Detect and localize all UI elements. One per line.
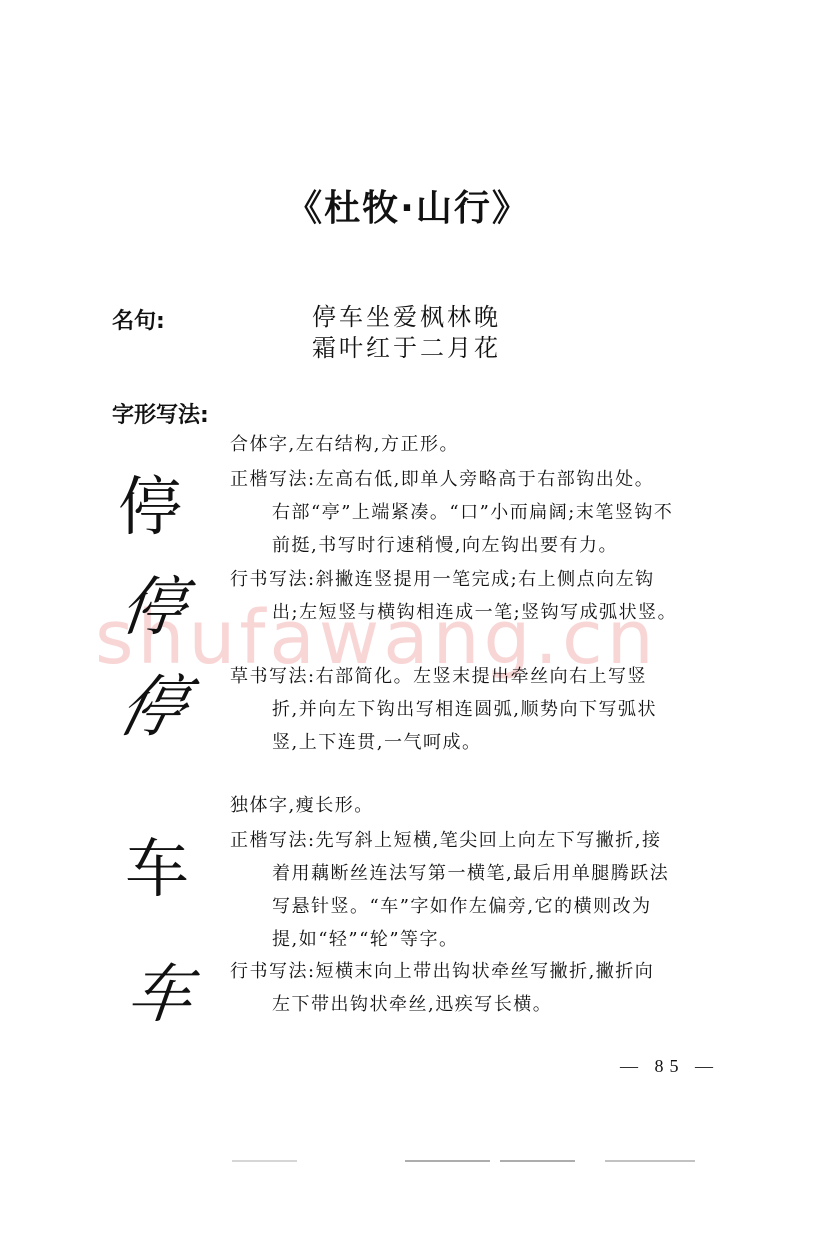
scan-artifact-line: [232, 1160, 297, 1162]
text-line: 写悬针竖。“车”字如作左偏旁,它的横则改为: [230, 890, 740, 923]
calligraphy-sample-xingshu-ting: 停: [104, 568, 202, 648]
text-line: 出;左短竖与横钩相连成一笔;竖钩写成弧状竖。: [230, 596, 740, 629]
che-kaishu-notes: 正楷写法:先写斜上短横,笔尖回上向左下写撇折,接 着用藕断丝连法写第一横笔,最后…: [230, 824, 740, 956]
scan-artifact-line: [605, 1160, 695, 1162]
scan-artifact-line: [500, 1160, 575, 1162]
book-page: 《杜牧·山行》 名句: 停车坐爱枫林晚 霜叶红于二月花 字形写法: shufaw…: [0, 0, 816, 1235]
text-line: 行书写法:斜撇连竖提用一笔完成;右上侧点向左钩: [230, 563, 740, 596]
text-line: 竖,上下连贯,一气呵成。: [230, 726, 740, 759]
che-structure: 独体字,瘦长形。: [230, 789, 740, 822]
ting-caoshu-notes: 草书写法:右部简化。左竖末提出牵丝向右上写竖 折,并向左下钩出写相连圆弧,顺势向…: [230, 660, 740, 759]
text-line: 着用藕断丝连法写第一横笔,最后用单腿腾跃法: [230, 857, 740, 890]
ting-kaishu-notes: 正楷写法:左高右低,即单人旁略高于右部钩出处。 右部“亭”上端紧凑。“口”小而扁…: [230, 463, 740, 562]
famous-lines-label: 名句:: [112, 304, 165, 335]
calligraphy-sample-kaishu-che: 车: [112, 830, 202, 910]
page-number: — 85 —: [620, 1056, 719, 1077]
text-line: 草书写法:右部简化。左竖末提出牵丝向右上写竖: [230, 660, 740, 693]
text-line: 独体字,瘦长形。: [230, 789, 740, 822]
glyph-section-label: 字形写法:: [112, 398, 209, 429]
calligraphy-sample-caoshu-ting: 停: [98, 666, 209, 750]
famous-lines: 停车坐爱枫林晚 霜叶红于二月花: [312, 302, 501, 364]
text-line: 正楷写法:左高右低,即单人旁略高于右部钩出处。: [230, 463, 740, 496]
text-line: 右部“亭”上端紧凑。“口”小而扁阔;末笔竖钩不: [230, 496, 740, 529]
text-line: 合体字,左右结构,方正形。: [230, 428, 740, 461]
page-title: 《杜牧·山行》: [0, 180, 816, 231]
ting-structure: 合体字,左右结构,方正形。: [230, 428, 740, 461]
text-line: 折,并向左下钩出写相连圆弧,顺势向下写弧状: [230, 693, 740, 726]
che-xingshu-notes: 行书写法:短横末向上带出钩状牵丝写撇折,撇折向 左下带出钩状牵丝,迅疾写长横。: [230, 955, 740, 1021]
ting-xingshu-notes: 行书写法:斜撇连竖提用一笔完成;右上侧点向左钩 出;左短竖与横钩相连成一笔;竖钩…: [230, 563, 740, 629]
text-line: 前挺,书写时行速稍慢,向左钩出要有力。: [230, 529, 740, 562]
scan-artifact-line: [405, 1160, 490, 1162]
text-line: 左下带出钩状牵丝,迅疾写长横。: [230, 988, 740, 1021]
quote-line: 霜叶红于二月花: [312, 333, 501, 364]
text-line: 正楷写法:先写斜上短横,笔尖回上向左下写撇折,接: [230, 824, 740, 857]
text-line: 行书写法:短横末向上带出钩状牵丝写撇折,撇折向: [230, 955, 740, 988]
calligraphy-sample-xingshu-che: 车: [111, 955, 209, 1035]
calligraphy-sample-kaishu-ting: 停: [105, 468, 195, 548]
quote-line: 停车坐爱枫林晚: [312, 302, 501, 333]
text-line: 提,如“轻”“轮”等字。: [230, 923, 740, 956]
